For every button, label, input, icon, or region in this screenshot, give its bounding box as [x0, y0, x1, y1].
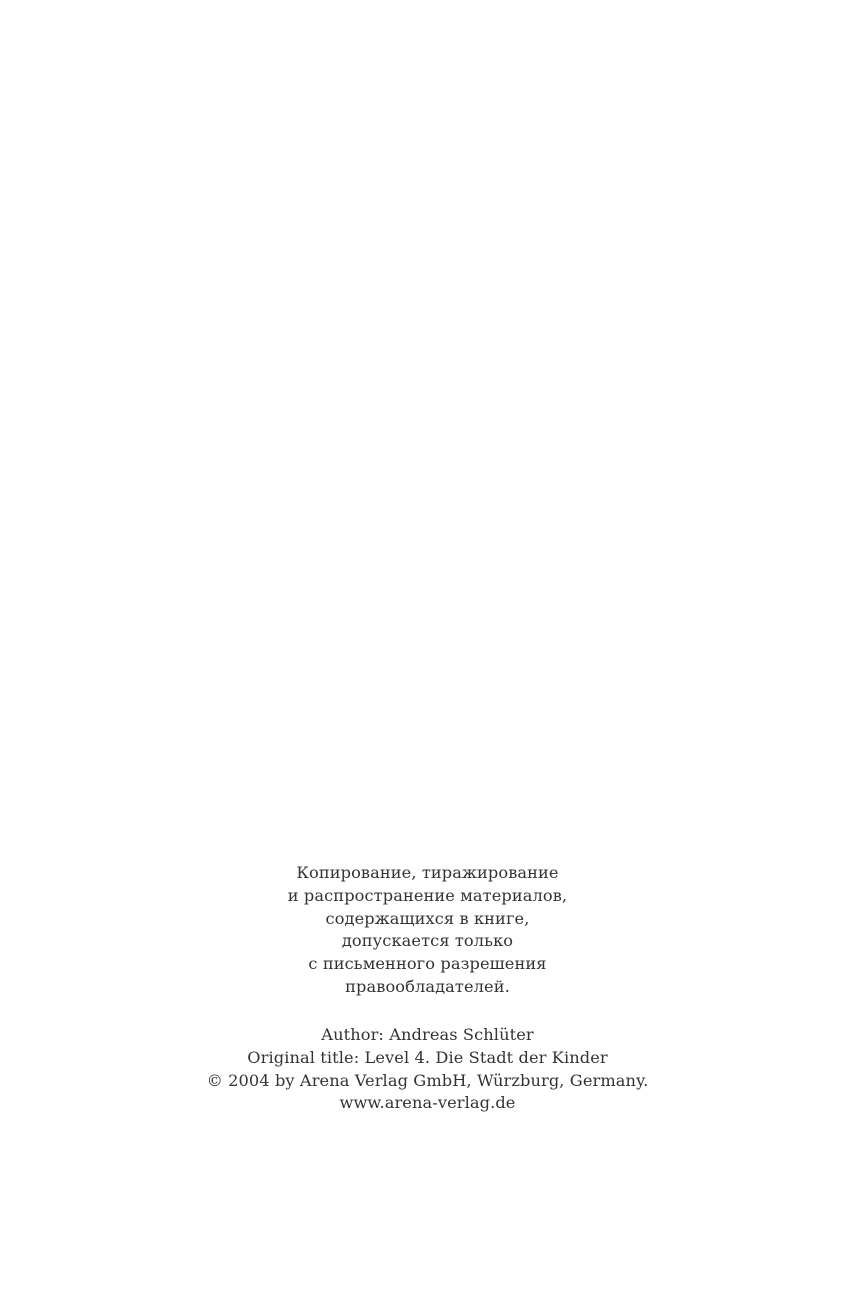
author-credit: Author: Andreas Schlüter — [0, 1024, 845, 1047]
notice-line: правообладателей. — [0, 976, 845, 999]
credits-block: Author: Andreas Schlüter Original title:… — [0, 1024, 845, 1115]
publisher-website: www.arena-verlag.de — [0, 1092, 845, 1115]
book-imprint-page: Копирование, тиражирование и распростран… — [0, 0, 845, 1312]
original-title: Original title: Level 4. Die Stadt der K… — [0, 1047, 845, 1070]
notice-line: содержащихся в книге, — [0, 908, 845, 931]
copyright-notice: Копирование, тиражирование и распростран… — [0, 862, 845, 999]
notice-line: и распространение материалов, — [0, 885, 845, 908]
notice-line: с письменного разрешения — [0, 953, 845, 976]
copyright-line: © 2004 by Arena Verlag GmbH, Würzburg, G… — [0, 1070, 845, 1093]
notice-line: допускается только — [0, 930, 845, 953]
notice-line: Копирование, тиражирование — [0, 862, 845, 885]
